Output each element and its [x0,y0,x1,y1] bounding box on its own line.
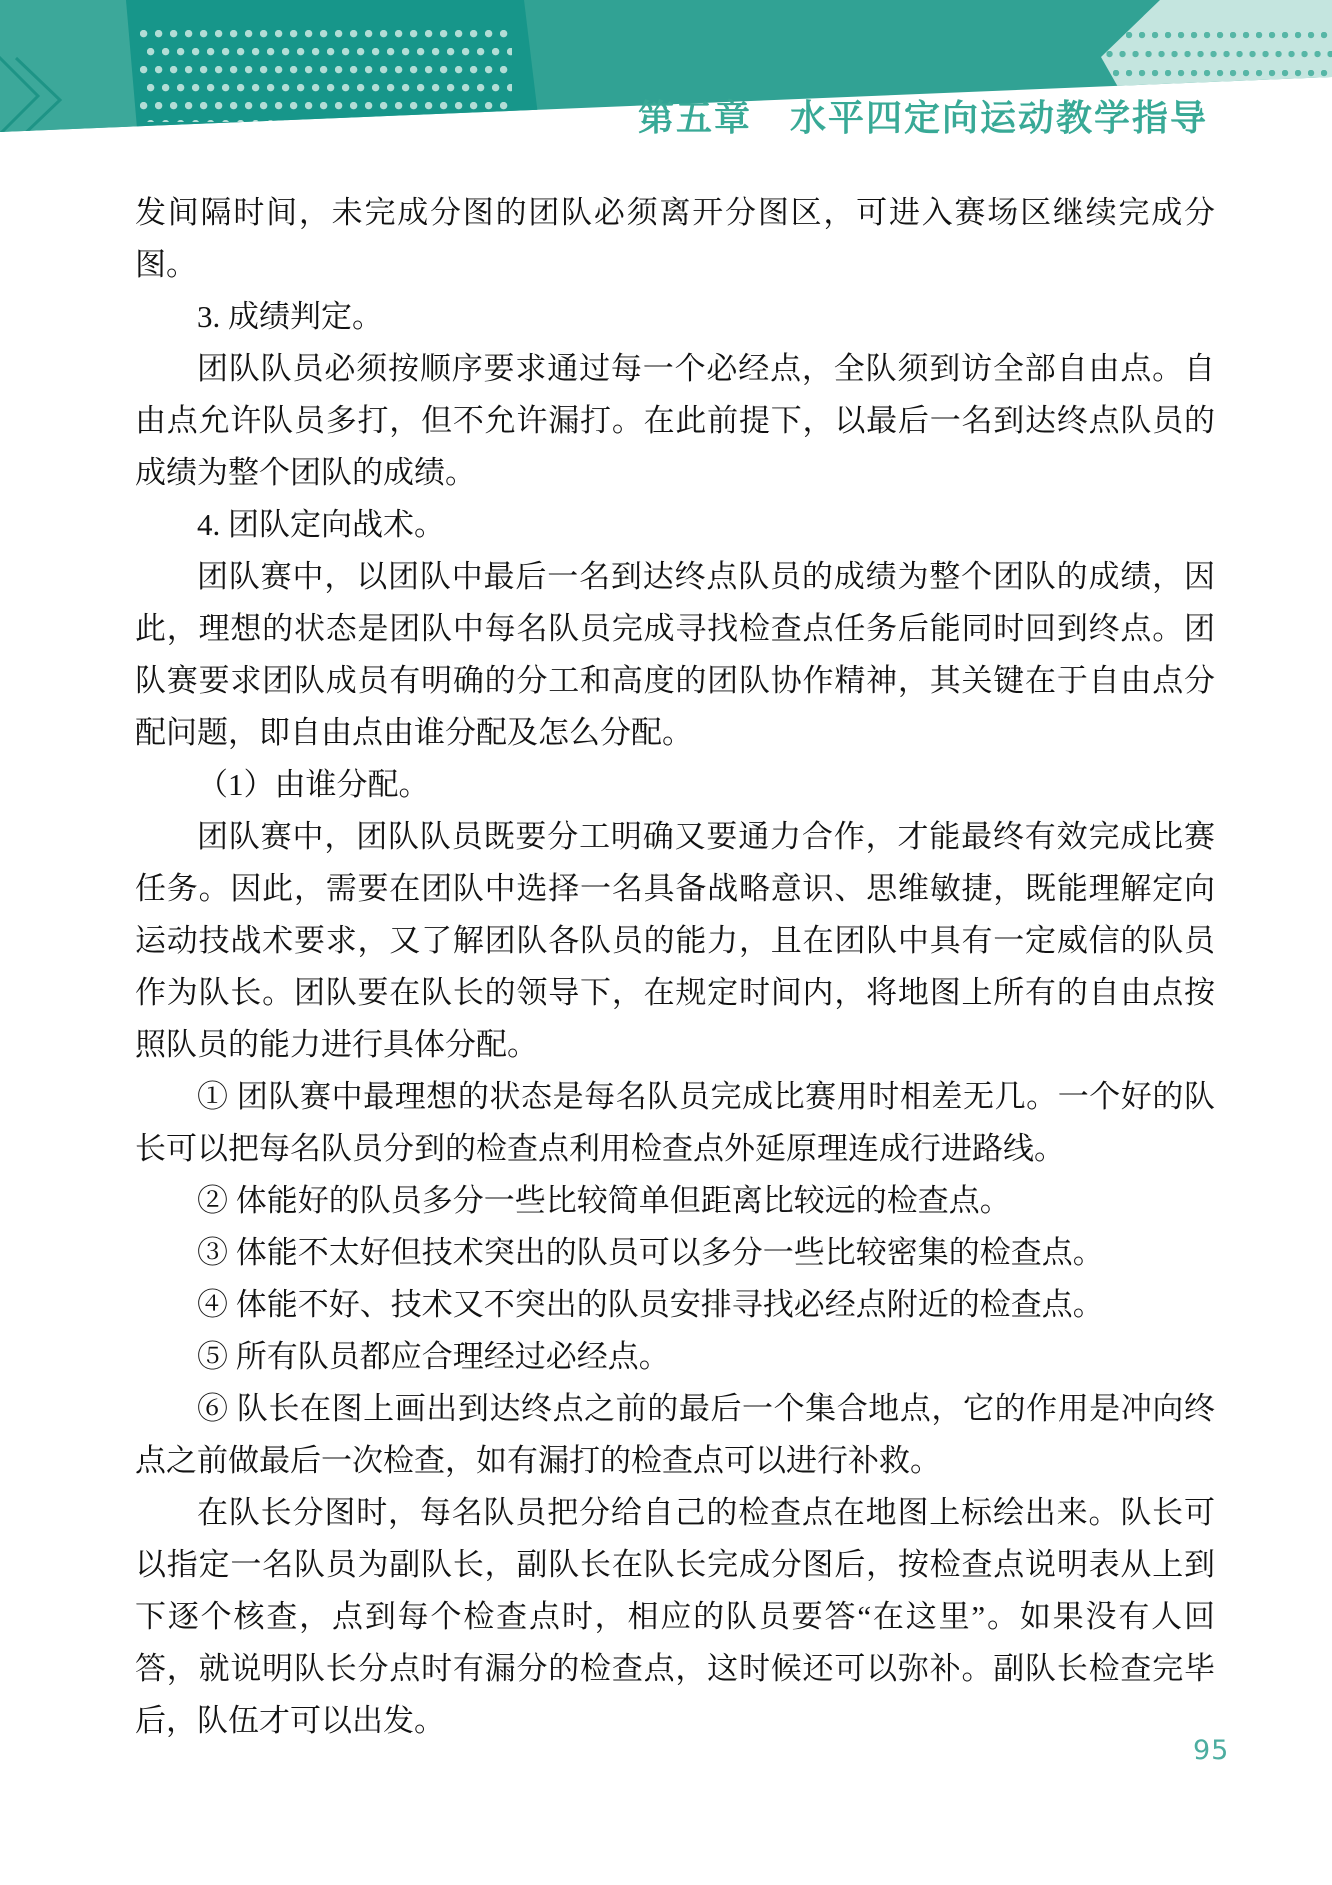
dot-grid-teal [1100,32,1332,84]
paragraph: ④ 体能不好、技术又不突出的队员安排寻找必经点附近的检查点。 [135,1279,1215,1331]
paragraph: 团队赛中，团队队员既要分工明确又要通力合作，才能最终有效完成比赛任务。因此，需要… [135,811,1215,1071]
paragraph: 3. 成绩判定。 [135,291,1215,343]
paragraph: ② 体能好的队员多分一些比较简单但距离比较远的检查点。 [135,1175,1215,1227]
chevron-decoration-icon [0,48,96,144]
paragraph: 在队长分图时，每名队员把分给自己的检查点在地图上标绘出来。队长可以指定一名队员为… [135,1487,1215,1747]
chapter-title: 第五章 水平四定向运动教学指导 [638,96,1208,140]
body-text: 发间隔时间，未完成分图的团队必须离开分图区，可进入赛场区继续完成分图。3. 成绩… [135,187,1215,1747]
paragraph: ③ 体能不太好但技术突出的队员可以多分一些比较密集的检查点。 [135,1227,1215,1279]
paragraph: 4. 团队定向战术。 [135,499,1215,551]
paragraph: 团队队员必须按顺序要求通过每一个必经点，全队须到访全部自由点。自由点允许队员多打… [135,343,1215,499]
page: 第五章 水平四定向运动教学指导 发间隔时间，未完成分图的团队必须离开分图区，可进… [0,0,1332,1885]
dot-grid-light [140,30,512,122]
paragraph: ① 团队赛中最理想的状态是每名队员完成比赛用时相差无几。一个好的队长可以把每名队… [135,1071,1215,1175]
paragraph: 团队赛中，以团队中最后一名到达终点队员的成绩为整个团队的成绩，因此，理想的状态是… [135,551,1215,759]
paragraph: （1）由谁分配。 [135,759,1215,811]
paragraph: ⑥ 队长在图上画出到达终点之前的最后一个集合地点，它的作用是冲向终点之前做最后一… [135,1383,1215,1487]
paragraph: ⑤ 所有队员都应合理经过必经点。 [135,1331,1215,1383]
banner-left-decoration [0,0,145,140]
page-number: 95 [1193,1736,1229,1766]
paragraph: 发间隔时间，未完成分图的团队必须离开分图区，可进入赛场区继续完成分图。 [135,187,1215,291]
